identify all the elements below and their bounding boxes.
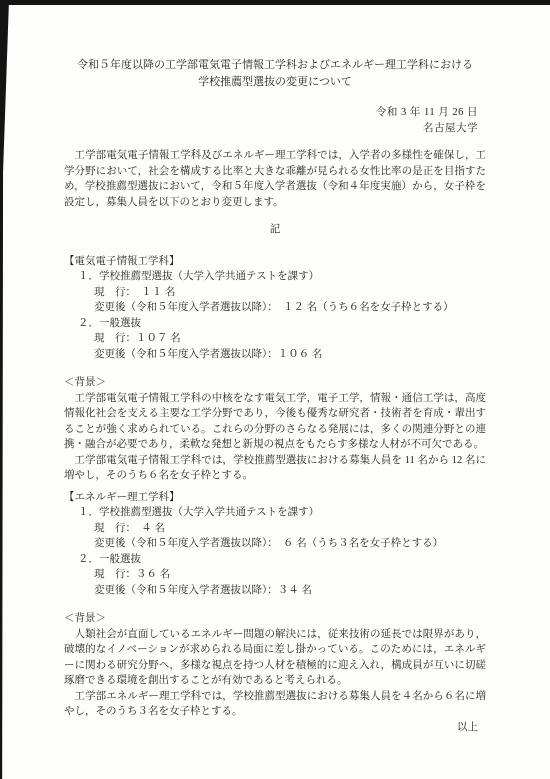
section-heading: 【エネルギー理工学科】: [64, 490, 486, 506]
item-current-value: 現 行：１０７ 名: [64, 331, 486, 347]
background-heading: ＜背景＞: [64, 611, 486, 627]
scan-edge-top: [0, 0, 550, 5]
document-page: 令和５年度以降の工学部電気電子情報工学科およびエネルギー理工学科における 学校推…: [0, 0, 550, 779]
background-heading: ＜背景＞: [64, 375, 486, 391]
document-title: 令和５年度以降の工学部電気電子情報工学科およびエネルギー理工学科における 学校推…: [64, 57, 486, 91]
item-label-general: ２．一般選抜: [64, 552, 486, 568]
background-paragraph: 工学部電気電子情報工学科では，学校推薦型選抜における募集人員を 11 名から 1…: [64, 453, 486, 484]
item-current-value: 現 行： １１ 名: [64, 285, 486, 301]
section-heading: 【電気電子情報工学科】: [64, 254, 486, 270]
item-label-general: ２．一般選抜: [64, 316, 486, 332]
background-paragraph: 工学部電気電子情報工学科の中核をなす電気工学，電子工学，情報・通信工学は，高度情…: [64, 391, 486, 453]
item-after-value: 変更後（令和５年度入学者選抜以降）： ６ 名（うち３名を女子枠とする）: [64, 536, 486, 552]
background-paragraph: 工学部エネルギー理工学科では，学校推薦型選抜における募集人員を４名から６名に増や…: [64, 689, 486, 720]
item-label-recommendation: １．学校推薦型選抜（大学入学共通テストを課す）: [64, 269, 486, 285]
item-label-recommendation: １．学校推薦型選抜（大学入学共通テストを課す）: [64, 505, 486, 521]
background-paragraph: 人類社会が直面しているエネルギー問題の解決には，従来技術の延長では限界があり，破…: [64, 627, 486, 689]
section-energy-engineering: 【エネルギー理工学科】 １．学校推薦型選抜（大学入学共通テストを課す） 現 行：…: [64, 490, 486, 720]
item-after-value: 変更後（令和５年度入学者選抜以降）：３４ 名: [64, 583, 486, 599]
title-line-2: 学校推薦型選抜の変更について: [64, 74, 486, 91]
item-after-value: 変更後（令和５年度入学者選抜以降）： １２ 名（うち６名を女子枠とする）: [64, 300, 486, 316]
organization-name: 名古屋大学: [64, 121, 486, 137]
item-current-value: 現 行： ４ 名: [64, 521, 486, 537]
date-line: 令和 3 年 11 月 26 日: [64, 105, 486, 121]
section-electrical-electronic-info: 【電気電子情報工学科】 １．学校推薦型選抜（大学入学共通テストを課す） 現 行：…: [64, 254, 486, 484]
intro-paragraph: 工学部電気電子情報工学科及びエネルギー理工学科では，入学者の多様性を確保し，工学…: [64, 148, 486, 210]
item-after-value: 変更後（令和５年度入学者選抜以降）：１０６ 名: [64, 347, 486, 363]
item-current-value: 現 行：３６ 名: [64, 567, 486, 583]
record-marker: 記: [64, 222, 486, 238]
closing-marker: 以上: [64, 720, 486, 736]
title-line-1: 令和５年度以降の工学部電気電子情報工学科およびエネルギー理工学科における: [64, 57, 486, 74]
